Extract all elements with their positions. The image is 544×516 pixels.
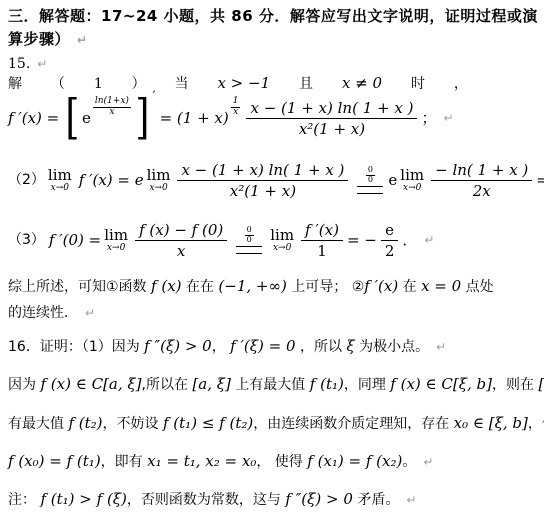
text-segment: ，由连续函数介质定理知，存在 (253, 416, 453, 432)
formula2-fraction-1: x − (1 + x) ln( 1 + x ) x²(1 + x) (177, 161, 348, 200)
limit-operator: lim x→0 (147, 168, 171, 193)
text-segment: ，即有 (101, 454, 147, 470)
paragraph-return-mark: ↵ (37, 57, 47, 71)
paragraph-return-mark: ↵ (406, 493, 416, 507)
math-segment: f (x) ∈ C[a, ξ] (40, 375, 141, 393)
text-segment: 在在 (182, 279, 219, 295)
math-segment: (−1, +∞) (218, 277, 286, 295)
zero-bottom: 0 (368, 176, 373, 185)
formula3-equals-minus: = − (347, 230, 377, 250)
document-page: 三．解答题：17~24 小题，共 86 分．解答应写出文字说明，证明过程或演 算… (0, 0, 544, 516)
fraction-denominator: 2x (469, 181, 495, 200)
paragraph-return-mark: ↵ (436, 340, 446, 354)
section-heading-line2: 算步骤）↵ (8, 29, 88, 49)
double-equals-bar (357, 186, 383, 194)
section-heading-text: 算步骤） (8, 30, 70, 48)
limit-subscript: x→0 (403, 184, 421, 193)
bracket-prime: ′ (153, 88, 156, 106)
left-bracket: [ (66, 95, 80, 141)
summary-line-1: 综上所述，可知①函数 f (x) 在在 (−1, +∞) 上可导； ②f ′(x… (8, 276, 494, 297)
math-segment: [a, ξ] (192, 375, 230, 393)
exponent-denominator: x (109, 108, 114, 118)
text-segment: 注： (8, 492, 40, 508)
formula1-tail: ； (421, 108, 436, 128)
formula3-fraction-2: f ′(x) 1 (301, 221, 343, 260)
math-segment: f ″(ξ) > 0 (285, 490, 353, 508)
text-segment: 矛盾。 (353, 492, 399, 508)
text-segment: ， 使得 (256, 454, 307, 470)
indeterminate-form: 0 0 (366, 166, 375, 185)
paragraph-return-mark: ↵ (423, 455, 433, 469)
limit-subscript: x→0 (51, 184, 69, 193)
math-segment: f (x) ∈ C[ξ, b] (390, 375, 492, 393)
fraction-numerator: e (381, 221, 398, 241)
formula1-exponent-fraction: ln(1+x) x (93, 97, 131, 118)
limit-operator: lim x→0 (270, 228, 294, 253)
fraction-denominator: x²(1 + x) (226, 181, 300, 200)
text-segment: ，不妨设 (103, 416, 163, 432)
math-segment: f (t₁) ≤ f (t₂) (163, 414, 253, 432)
formula-limit-2: （2） lim x→0 f ′(x) = e lim x→0 x − (1 + … (8, 150, 544, 210)
math-segment: f (x₁) = f (x₂) (307, 452, 402, 470)
formula3-tail: ． (402, 230, 417, 250)
math-segment: f (t₁) > f (ξ) (40, 490, 126, 508)
math-segment: f ′(ξ) = 0 (230, 337, 295, 355)
fraction-denominator: x (173, 241, 189, 260)
double-equals-bar (236, 246, 262, 254)
formula3-fraction-result: e 2 (381, 221, 399, 260)
problem-15-number-line: 15.↵ (8, 55, 47, 74)
limit-subscript: x→0 (107, 244, 125, 253)
formula3-fraction-1: f (x) − f (0) x (135, 221, 227, 260)
math-segment: f (x₀) = f (t₁) (8, 452, 101, 470)
intro-comma: ， (454, 75, 468, 94)
limit-word: lim (270, 228, 294, 243)
formula2-middle-2: e (388, 170, 397, 190)
text-segment: 上可导； ② (287, 279, 364, 295)
math-segment: f (t₁) (310, 375, 344, 393)
math-segment: x₁ = t₁, x₂ = x₀ (147, 452, 256, 470)
text-segment: ，则在 (492, 377, 538, 393)
text-segment: 的连续性． (8, 305, 78, 321)
math-segment: f ″(ξ) > 0 (144, 337, 212, 355)
fraction-numerator: x − (1 + x) ln( 1 + x ) (177, 161, 348, 181)
formula3-lhs: f ′(0) = (49, 230, 101, 250)
paragraph-return-mark: ↵ (424, 232, 434, 248)
text-segment: ，否则函数为常数，这与 (127, 492, 285, 508)
text-segment: 为极小点。 (355, 339, 429, 355)
math-segment: ξ (346, 337, 354, 355)
power-denominator: x (233, 108, 238, 118)
limit-word: lim (104, 228, 128, 243)
formula2-middle-1: f ′(x) = e (79, 170, 144, 190)
paragraph-return-mark: ↵ (77, 33, 88, 47)
limit-word: lim (147, 168, 171, 183)
formula1-base-e: e (82, 108, 91, 128)
text-segment: 综上所述，可知①函数 (8, 279, 151, 295)
zero-over-zero-equals: 0 0 (236, 226, 262, 255)
text-segment: ， (212, 339, 230, 355)
formula1-lhs: f ′(x) = (8, 108, 59, 128)
problem-16-note-line: 注： f (t₁) > f (ξ)，否则函数为常数，这与 f ″(ξ) > 0 … (8, 489, 416, 510)
text-segment: 因为 (8, 377, 40, 393)
formula-derivative: f ′(x) = [ e ln(1+x) x ] ′ = (1 + x) 1 x… (8, 87, 454, 149)
text-segment: 。 (402, 454, 416, 470)
fraction-denominator: 1 (313, 241, 331, 260)
limit-subscript: x→0 (149, 184, 167, 193)
problem-16-line-4: f (x₀) = f (t₁)，即有 x₁ = t₁, x₂ = x₀， 使得 … (8, 451, 433, 472)
problem-16-line-3: 有最大值 f (t₂)，不妨设 f (t₁) ≤ f (t₂)，由连续函数介质定… (8, 413, 544, 434)
formula2-equals-minus: = − (536, 170, 544, 190)
limit-operator: lim x→0 (400, 168, 424, 193)
section-heading-text: 三．解答题：17~24 小题，共 86 分．解答应写出文字说明，证明过程或演 (8, 7, 538, 25)
text-segment: 16．证明：（1）因为 (8, 339, 144, 355)
zero-bottom: 0 (247, 236, 252, 245)
formula1-power-fraction: 1 x (231, 97, 241, 118)
fraction-numerator: x − (1 + x) ln( 1 + x ) (246, 99, 417, 119)
section-heading-line1: 三．解答题：17~24 小题，共 86 分．解答应写出文字说明，证明过程或演 (8, 6, 538, 26)
problem-16-line-1: 16．证明：（1）因为 f ″(ξ) > 0， f ′(ξ) = 0 ，所以 ξ… (8, 336, 446, 357)
problem-16-line-2: 因为 f (x) ∈ C[a, ξ],所以在 [a, ξ] 上有最大值 f (t… (8, 374, 544, 395)
indeterminate-form: 0 0 (245, 226, 254, 245)
formula1-main-fraction: x − (1 + x) ln( 1 + x ) x²(1 + x) (246, 99, 417, 138)
limit-word: lim (400, 168, 424, 183)
math-segment: f ′(x) (364, 277, 398, 295)
math-segment: x₀ ∈ [ξ, b] (454, 414, 528, 432)
limit-word: lim (48, 168, 72, 183)
paragraph-return-mark: ↵ (85, 306, 95, 320)
fraction-denominator: 2 (381, 241, 399, 260)
text-segment: ，使得 (528, 416, 544, 432)
right-bracket: ] (135, 95, 149, 141)
limit-operator: lim x→0 (104, 228, 128, 253)
text-segment: 在 (398, 279, 421, 295)
limit-operator: lim x→0 (48, 168, 72, 193)
formula-limit-3: （3） f ′(0) = lim x→0 f (x) − f (0) x 0 0… (8, 211, 434, 269)
limit-subscript: x→0 (273, 244, 291, 253)
math-segment: f (x) (151, 277, 181, 295)
problem-number: 15. (8, 56, 30, 72)
fraction-numerator: − ln( 1 + x ) (431, 161, 532, 181)
fraction-numerator: f ′(x) (301, 221, 343, 241)
math-segment: f (t₂) (68, 414, 102, 432)
math-segment: [ξ, b] (538, 375, 544, 393)
text-segment: ,所以在 (142, 377, 193, 393)
text-segment: ，同理 (344, 377, 390, 393)
formula2-fraction-2: − ln( 1 + x ) 2x (431, 161, 532, 200)
formula3-label: （3） (8, 231, 45, 250)
summary-line-2: 的连续性．↵ (8, 304, 95, 323)
paragraph-return-mark: ↵ (443, 110, 453, 126)
formula2-label: （2） (8, 171, 45, 190)
fraction-numerator: f (x) − f (0) (135, 221, 227, 241)
text-segment: 点处 (461, 279, 493, 295)
zero-over-zero-equals: 0 0 (357, 166, 383, 195)
formula1-middle: = (1 + x) (160, 108, 229, 128)
text-segment: 上有最大值 (231, 377, 310, 393)
text-segment: ，所以 (296, 339, 347, 355)
fraction-denominator: x²(1 + x) (295, 119, 369, 138)
math-segment: x = 0 (421, 277, 461, 295)
text-segment: 有最大值 (8, 416, 68, 432)
